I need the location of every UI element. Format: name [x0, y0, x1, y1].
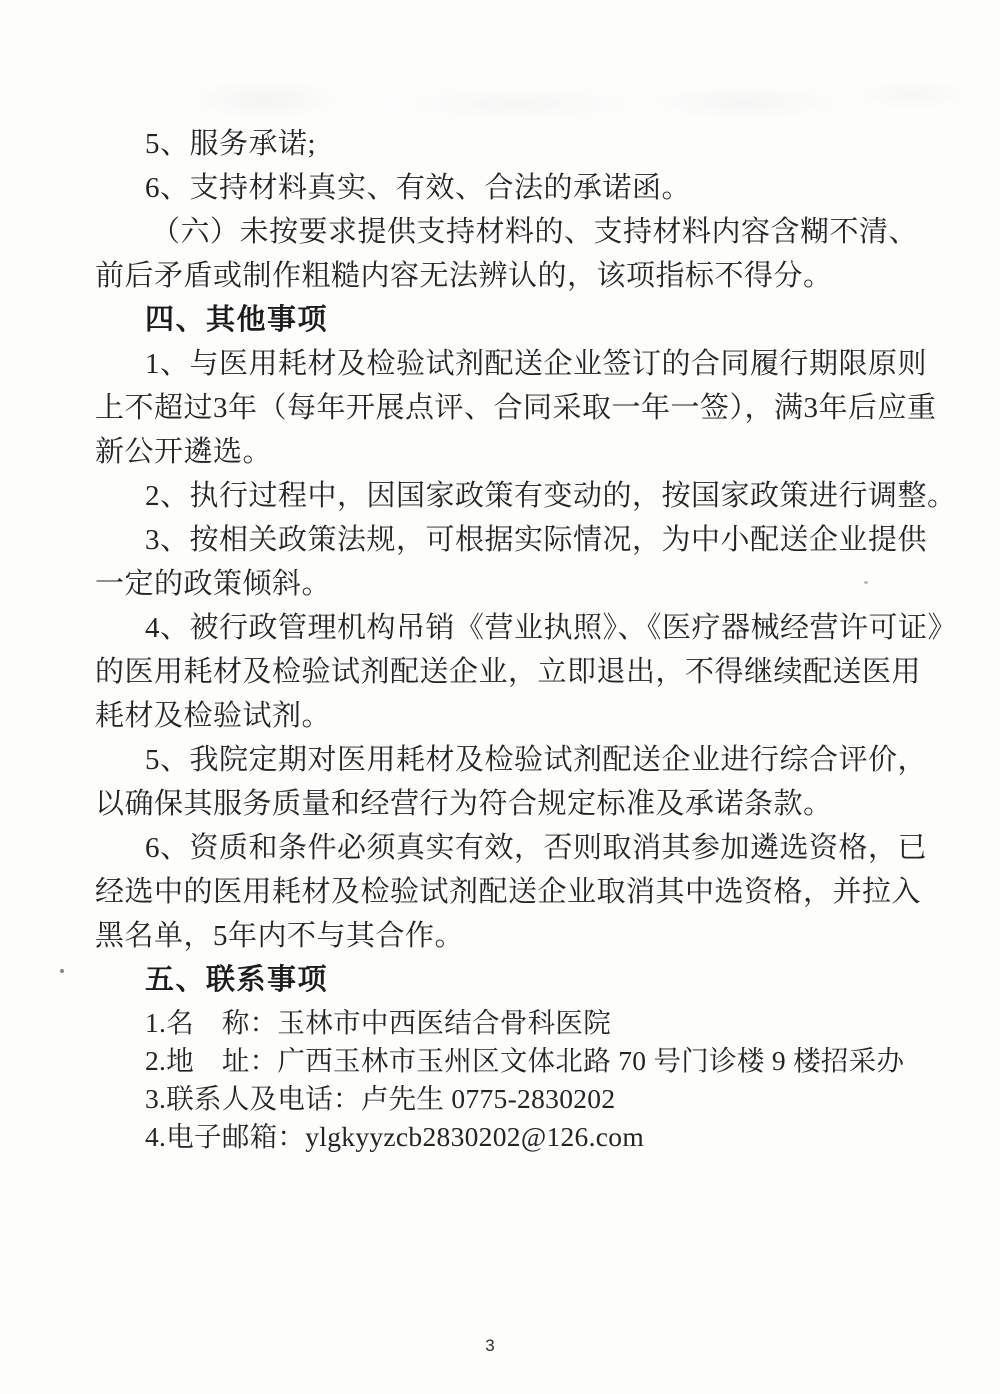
contact-address-line: 2.地 址：广西玉林市玉州区文体北路 70 号门诊楼 9 楼招采办: [95, 1042, 913, 1080]
body-line: 经选中的医用耗材及检验试剂配送企业取消其中选资格，并拉入: [95, 870, 913, 914]
body-line: 6、资质和条件必须真实有效，否则取消其参加遴选资格，已: [95, 826, 913, 870]
body-line: 6、支持材料真实、有效、合法的承诺函。: [95, 166, 913, 210]
body-line: 一定的政策倾斜。: [95, 562, 913, 606]
body-line: （六）未按要求提供支持材料的、支持材料内容含糊不清、: [95, 210, 913, 254]
body-line: 新公开遴选。: [95, 430, 913, 474]
contact-email-line: 4.电子邮箱：ylgkyyzcb2830202@126.com: [95, 1118, 913, 1156]
body-line: 3、按相关政策法规，可根据实际情况，为中小配送企业提供: [95, 518, 913, 562]
scanned-document-page: 5、服务承诺; 6、支持材料真实、有效、合法的承诺函。 （六）未按要求提供支持材…: [0, 0, 1000, 1394]
scan-artifact-dot: [60, 969, 64, 973]
body-line: 的医用耗材及检验试剂配送企业，立即退出，不得继续配送医用: [95, 650, 913, 694]
body-line: 4、被行政管理机构吊销《营业执照》、《医疗器械经营许可证》: [95, 606, 913, 650]
page-number: 3: [0, 1336, 980, 1356]
body-line: 黑名单，5年内不与其合作。: [95, 914, 913, 958]
contact-name-line: 1.名 称：玉林市中西医结合骨科医院: [95, 1004, 913, 1042]
body-line: 5、我院定期对医用耗材及检验试剂配送企业进行综合评价，: [95, 738, 913, 782]
body-line: 5、服务承诺;: [95, 122, 913, 166]
body-line: 前后矛盾或制作粗糙内容无法辨认的，该项指标不得分。: [95, 254, 913, 298]
contact-phone-line: 3.联系人及电话：卢先生 0775-2830202: [95, 1080, 913, 1118]
section-heading-contact: 五、联系事项: [95, 958, 913, 1002]
contact-info-block: 1.名 称：玉林市中西医结合骨科医院 2.地 址：广西玉林市玉州区文体北路 70…: [95, 1004, 913, 1156]
section-heading-other-matters: 四、其他事项: [95, 298, 913, 342]
body-line: 1、与医用耗材及检验试剂配送企业签订的合同履行期限原则: [95, 342, 913, 386]
body-line: 上不超过3年（每年开展点评、合同采取一年一签），满3年后应重: [95, 386, 913, 430]
body-line: 耗材及检验试剂。: [95, 694, 913, 738]
document-body: 5、服务承诺; 6、支持材料真实、有效、合法的承诺函。 （六）未按要求提供支持材…: [95, 122, 913, 1156]
body-line: 以确保其服务质量和经营行为符合规定标准及承诺条款。: [95, 782, 913, 826]
body-line: 2、执行过程中，因国家政策有变动的，按国家政策进行调整。: [95, 474, 913, 518]
